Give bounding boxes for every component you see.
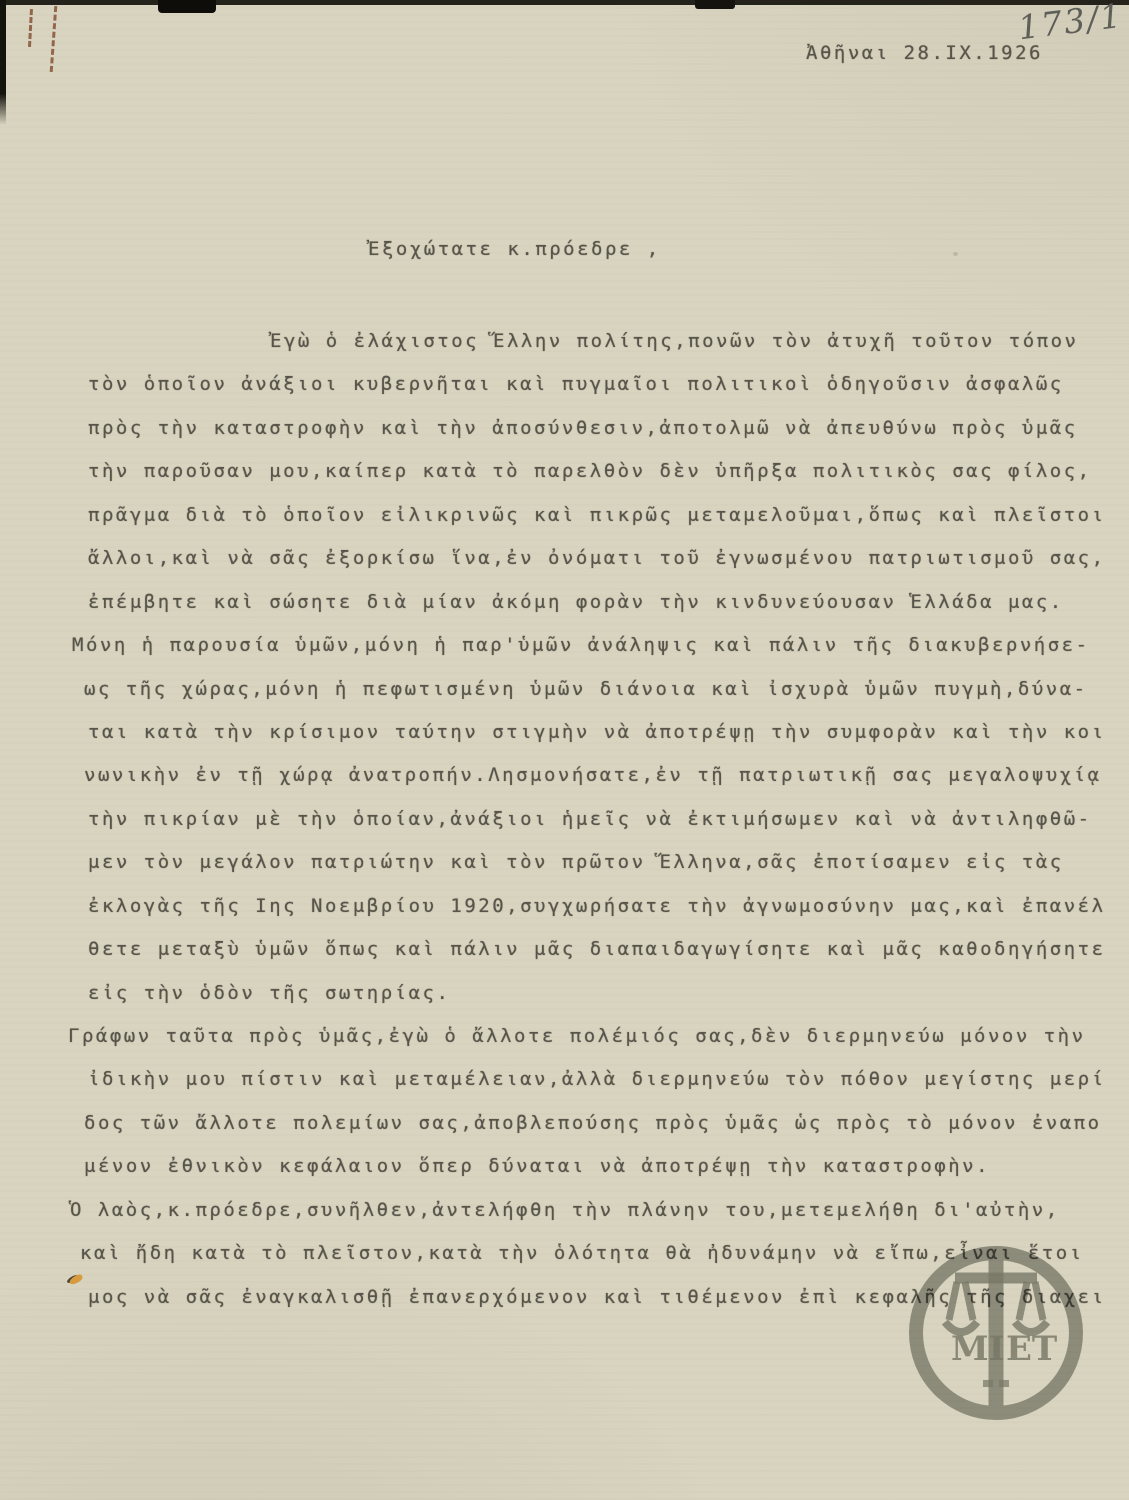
letter-line: ται κατὰ τὴν κρίσιμον ταύτην στιγμὴν νὰ … <box>88 711 1128 754</box>
letter-line: μεν τὸν μεγάλον πατριώτην καὶ τὸν πρῶτον… <box>88 841 1128 884</box>
letter-line: τὴν παροῦσαν μου,καίπερ κατὰ τὸ παρελθὸν… <box>88 450 1128 493</box>
dateline: Ἀθῆναι 28.ΙΧ.1926 <box>806 42 1043 64</box>
letter-line: ἐπέμβητε καὶ σώσητε διὰ μίαν ἀκόμη φορὰν… <box>88 581 1128 624</box>
letter-line: Ἐγὼ ὁ ἐλάχιστος Ἕλλην πολίτης,πονῶν τὸν … <box>270 320 1128 363</box>
staple-rust-mark <box>50 6 58 72</box>
letter-line: πρὸς τὴν καταστροφὴν καὶ τὴν ἀποσύνθεσιν… <box>88 407 1128 450</box>
letter-page: 173/1 Ἀθῆναι 28.ΙΧ.1926 Ἐξοχώτατε κ.πρόε… <box>0 0 1129 1500</box>
letter-line: τὸν ὁποῖον ἀνάξιοι κυβερνῆται καὶ πυγμαῖ… <box>88 363 1128 406</box>
stamp-letters-right: ΕΤ <box>1006 1329 1057 1369</box>
letter-line: Ὁ λαὸς,κ.πρόεδρε,συνῆλθεν,ἀντελήφθη τὴν … <box>70 1189 1128 1232</box>
staple-rust-mark <box>28 9 33 47</box>
letter-line: πρᾶγμα διὰ τὸ ὁποῖον εἰλικρινῶς καὶ πικρ… <box>88 494 1128 537</box>
letter-line: ως τῆς χώρας,μόνη ἡ πεφωτισμένη ὑμῶν διά… <box>84 668 1128 711</box>
letter-line: μένον ἐθνικὸν κεφάλαιον ὅπερ δύναται νὰ … <box>84 1145 1128 1188</box>
letter-line: νωνικὴν ἐν τῇ χώρᾳ ἀνατροπήν.Λησμονήσατε… <box>84 754 1128 797</box>
salutation: Ἐξοχώτατε κ.πρόεδρε , <box>368 238 661 260</box>
archive-number-handwritten: 173/1 <box>1016 0 1125 47</box>
paper-speck <box>953 252 958 256</box>
letter-line: ἰδικὴν μου πίστιν καὶ μεταμέλειαν,ἀλλὰ δ… <box>88 1058 1128 1101</box>
miet-stamp-watermark: ΜΙ ΕΤ <box>905 1242 1087 1424</box>
letter-line: θετε μεταξὺ ὑμῶν ὅπως καὶ πάλιν μᾶς διαπ… <box>88 928 1128 971</box>
letter-line: Γράφων ταῦτα πρὸς ὑμᾶς,ἐγὼ ὁ ἄλλοτε πολέ… <box>68 1015 1128 1058</box>
stamp-letters-left: ΜΙ <box>951 1329 1005 1369</box>
letter-line: Μόνη ἡ παρουσία ὑμῶν,μόνη ἡ παρ'ὑμῶν ἀνά… <box>72 624 1128 667</box>
letter-line: ἄλλοι,καὶ νὰ σᾶς ἐξορκίσω ἵνα,ἐν ὀνόματι… <box>88 537 1128 580</box>
letter-line: δος τῶν ἄλλοτε πολεμίων σας,ἀποβλεπούσης… <box>84 1102 1128 1145</box>
scan-edge-notch <box>695 0 735 9</box>
letter-line: τὴν πικρίαν μὲ τὴν ὁποίαν,ἀνάξιοι ἡμεῖς … <box>88 798 1128 841</box>
letter-body: Ἐγὼ ὁ ἐλάχιστος Ἕλλην πολίτης,πονῶν τὸν … <box>88 320 1128 1319</box>
letter-line: ἐκλογὰς τῆς Ιης Νοεμβρίου 1920,συγχωρήσα… <box>88 885 1128 928</box>
letter-line: εἰς τὴν ὁδὸν τῆς σωτηρίας. <box>88 972 1128 1015</box>
scan-edge-left <box>0 0 6 125</box>
scan-edge-notch <box>158 0 216 13</box>
